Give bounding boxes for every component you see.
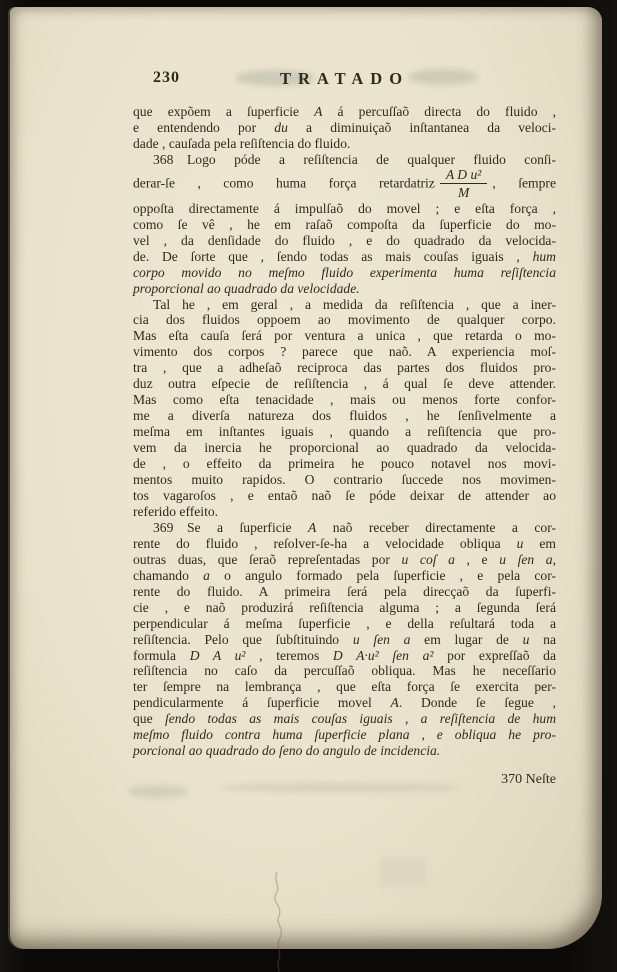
text-line: 368 Logo póde a reſiſtencia de qualquer … xyxy=(133,152,556,168)
text-run: em xyxy=(523,536,556,551)
italic-text-run: hum xyxy=(533,249,556,264)
paragraph: que expõem a ſuperficie A á percuſſaõ di… xyxy=(133,104,556,152)
text-line: corpo movido no meſmo fluido experimenta… xyxy=(133,265,556,281)
italic-text-run: A xyxy=(391,695,399,710)
text-run: , e xyxy=(455,552,499,567)
paper-patch-mark xyxy=(380,857,426,887)
text-run: duz outra eſpecie de reſiſtencia , á qua… xyxy=(133,376,556,391)
text-run: reſiſtencia. Pelo que ſubſtituindo xyxy=(133,632,353,647)
text-line: que ſendo todas as mais couſas iguais , … xyxy=(133,711,556,727)
text-run: 369 Se a ſuperficie xyxy=(153,520,308,535)
italic-text-run: porcional ao quadrado do ſeno do angulo … xyxy=(133,743,440,758)
paragraph: Tal he , em geral , a medida da reſiſten… xyxy=(133,297,556,520)
text-line: mentos muito rapidos. O contrario ſucced… xyxy=(133,472,556,488)
text-line: derar-ſe , como huma força retardatrizA … xyxy=(133,168,556,201)
paragraph: 368 Logo póde a reſiſtencia de qualquer … xyxy=(133,152,556,297)
text-line: meſma em inſtantes iguais , quando a reſ… xyxy=(133,424,556,440)
text-run: vel , da denſidade do fluido , e do quad… xyxy=(133,233,556,248)
text-line: porcional ao quadrado do ſeno do angulo … xyxy=(133,743,556,759)
text-run: outras duas, que ſeraõ repreſentadas por xyxy=(133,552,402,567)
running-title: TRATADO xyxy=(133,69,556,89)
text-run: cia dos fluidos oppoem ao movimento de q… xyxy=(133,312,556,327)
text-line: vimento dos corpos ? parece que naõ. A e… xyxy=(133,344,556,360)
text-line: proporcional ao quadrado da velocidade. xyxy=(133,281,556,297)
italic-text-run: proporcional ao quadrado da velocidade. xyxy=(133,281,360,296)
text-run: vem da inercia he proporcional ao quadra… xyxy=(133,440,556,455)
italic-text-run: u ſen a xyxy=(499,552,552,567)
text-run: , ſempre xyxy=(492,175,556,190)
text-run: dade , cauſada pela reſiſtencia do fluid… xyxy=(133,136,350,151)
text-run: perpendicular á meſma ſuperficie , e del… xyxy=(133,616,556,631)
text-run: reſiſtencia no caſo da percuſſaõ obliqua… xyxy=(133,663,556,678)
text-line: cie , e naõ produzirá reſiſtencia alguma… xyxy=(133,600,556,616)
catchword: 370 Neſte xyxy=(133,772,556,788)
text-line: rente do fluido. A primeira ſerá pela di… xyxy=(133,584,556,600)
text-run: ter ſempre na lembrança , que eſta força… xyxy=(133,679,556,694)
text-run: de. De ſorte que , ſendo todas as mais c… xyxy=(133,249,533,264)
text-run: oppoſta directamente á impulſaõ do movel… xyxy=(133,201,556,216)
text-run: cie , e naõ produzirá reſiſtencia alguma… xyxy=(133,600,556,615)
text-line: perpendicular á meſma ſuperficie , e del… xyxy=(133,616,556,632)
text-line: tos vagaroſos , e entaõ naõ ſe póde deix… xyxy=(133,488,556,504)
text-line: formula D A u² , teremos D A·u² ſen a² p… xyxy=(133,648,556,664)
text-run: , teremos xyxy=(246,648,333,663)
text-line: reſiſtencia. Pelo que ſubſtituindo u ſen… xyxy=(133,632,556,648)
text-line: tra , que a adheſaõ reciproca das partes… xyxy=(133,360,556,376)
text-run: o angulo formado pela ſuperficie , e pel… xyxy=(210,568,556,583)
text-line: Mas eſta cauſa ſerá por ventura a unica … xyxy=(133,328,556,344)
italic-text-run: a xyxy=(203,568,210,583)
text-block: que expõem a ſuperficie A á percuſſaõ di… xyxy=(133,104,556,788)
page-header: 230 TRATADO xyxy=(133,69,556,91)
text-line: chamando a o angulo formado pela ſuperfi… xyxy=(133,568,556,584)
text-run: meſma em inſtantes iguais , quando a reſ… xyxy=(133,424,556,439)
text-run: pendicularmente á ſuperficie movel xyxy=(133,695,391,710)
fraction-formula: A D u²M xyxy=(440,167,488,200)
text-run: mentos muito rapidos. O contrario ſucced… xyxy=(133,472,556,487)
text-line: pendicularmente á ſuperficie movel A. Do… xyxy=(133,695,556,711)
italic-text-run: meſmo fluido contra huma ſuperficie plan… xyxy=(133,727,556,742)
text-run: referido effeito. xyxy=(133,504,218,519)
text-line: cia dos fluidos oppoem ao movimento de q… xyxy=(133,312,556,328)
text-line: reſiſtencia no caſo da percuſſaõ obliqua… xyxy=(133,663,556,679)
text-run: á percuſſaõ directa do fluido , xyxy=(322,104,556,119)
text-run: que expõem a ſuperficie xyxy=(133,104,314,119)
text-run: tra , que a adheſaõ reciproca das partes… xyxy=(133,360,556,375)
italic-text-run: corpo movido no meſmo fluido experimenta… xyxy=(133,265,556,280)
text-run: formula xyxy=(133,648,190,663)
italic-text-run: u ſen a xyxy=(353,632,411,647)
text-run: vimento dos corpos ? parece que naõ. A e… xyxy=(133,344,556,359)
text-run: a diminuiçaõ inſtantanea da veloci- xyxy=(288,120,556,135)
text-run: e entendendo por xyxy=(133,120,274,135)
text-run: Mas eſta cauſa ſerá por ventura a unica … xyxy=(133,328,556,343)
text-line: e entendendo por du a diminuiçaõ inſtant… xyxy=(133,120,556,136)
italic-text-run: D A u² xyxy=(190,648,246,663)
text-run: naõ receber directamente a cor- xyxy=(316,520,556,535)
text-line: me a diverſa natureza dos fluidos , he ſ… xyxy=(133,408,556,424)
text-run: em lugar de xyxy=(410,632,522,647)
text-line: vel , da denſidade do fluido , e do quad… xyxy=(133,233,556,249)
text-run: me a diverſa natureza dos fluidos , he ſ… xyxy=(133,408,556,423)
text-run: rente do fluido. A primeira ſerá pela di… xyxy=(133,584,556,599)
text-line: meſmo fluido contra huma ſuperficie plan… xyxy=(133,727,556,743)
text-line: de , o effeito da primeira he pouco nota… xyxy=(133,456,556,472)
text-line: dade , cauſada pela reſiſtencia do fluid… xyxy=(133,136,556,152)
text-run: por expreſſaõ da xyxy=(434,648,556,663)
text-run: derar-ſe , como huma força retardatriz xyxy=(133,175,435,190)
text-run: de , o effeito da primeira he pouco nota… xyxy=(133,456,556,471)
italic-text-run: u coſ a xyxy=(402,552,455,567)
italic-text-run: ſendo todas as mais couſas iguais , a re… xyxy=(165,711,556,726)
text-line: Mas como eſta tenacidade , mais ou menos… xyxy=(133,392,556,408)
text-line: ter ſempre na lembrança , que eſta força… xyxy=(133,679,556,695)
text-line: duz outra eſpecie de reſiſtencia , á qua… xyxy=(133,376,556,392)
text-line: Tal he , em geral , a medida da reſiſten… xyxy=(133,297,556,313)
text-run: rente do fluido , reſolver-ſe-ha a veloc… xyxy=(133,536,517,551)
paragraph: 369 Se a ſuperficie A naõ receber direct… xyxy=(133,520,556,759)
text-run: , xyxy=(553,552,556,567)
text-run: Mas como eſta tenacidade , mais ou menos… xyxy=(133,392,556,407)
screenshot-root: { "page": { "number": "230", "header_tit… xyxy=(0,0,617,972)
text-run: na xyxy=(529,632,556,647)
italic-text-run: D A·u² ſen a² xyxy=(333,648,434,663)
text-run: 368 Logo póde a reſiſtencia de qualquer … xyxy=(153,152,556,167)
text-line: que expõem a ſuperficie A á percuſſaõ di… xyxy=(133,104,556,120)
text-run: como ſe vê , he em raſaõ compoſta da ſup… xyxy=(133,217,556,232)
text-run: tos vagaroſos , e entaõ naõ ſe póde deix… xyxy=(133,488,556,503)
text-run: chamando xyxy=(133,568,203,583)
text-run: que xyxy=(133,711,165,726)
text-run: Tal he , em geral , a medida da reſiſten… xyxy=(153,297,556,312)
text-line: rente do fluido , reſolver-ſe-ha a veloc… xyxy=(133,536,556,552)
text-line: 369 Se a ſuperficie A naõ receber direct… xyxy=(133,520,556,536)
text-run: . Donde ſe ſegue , xyxy=(399,695,556,710)
book-page: 230 TRATADO que expõem a ſuperficie A á … xyxy=(10,7,602,949)
text-line: oppoſta directamente á impulſaõ do movel… xyxy=(133,201,556,217)
text-line: outras duas, que ſeraõ repreſentadas por… xyxy=(133,552,556,568)
italic-text-run: du xyxy=(274,120,288,135)
text-line: referido effeito. xyxy=(133,504,556,520)
text-line: como ſe vê , he em raſaõ compoſta da ſup… xyxy=(133,217,556,233)
text-line: de. De ſorte que , ſendo todas as mais c… xyxy=(133,249,556,265)
text-line: vem da inercia he proporcional ao quadra… xyxy=(133,440,556,456)
